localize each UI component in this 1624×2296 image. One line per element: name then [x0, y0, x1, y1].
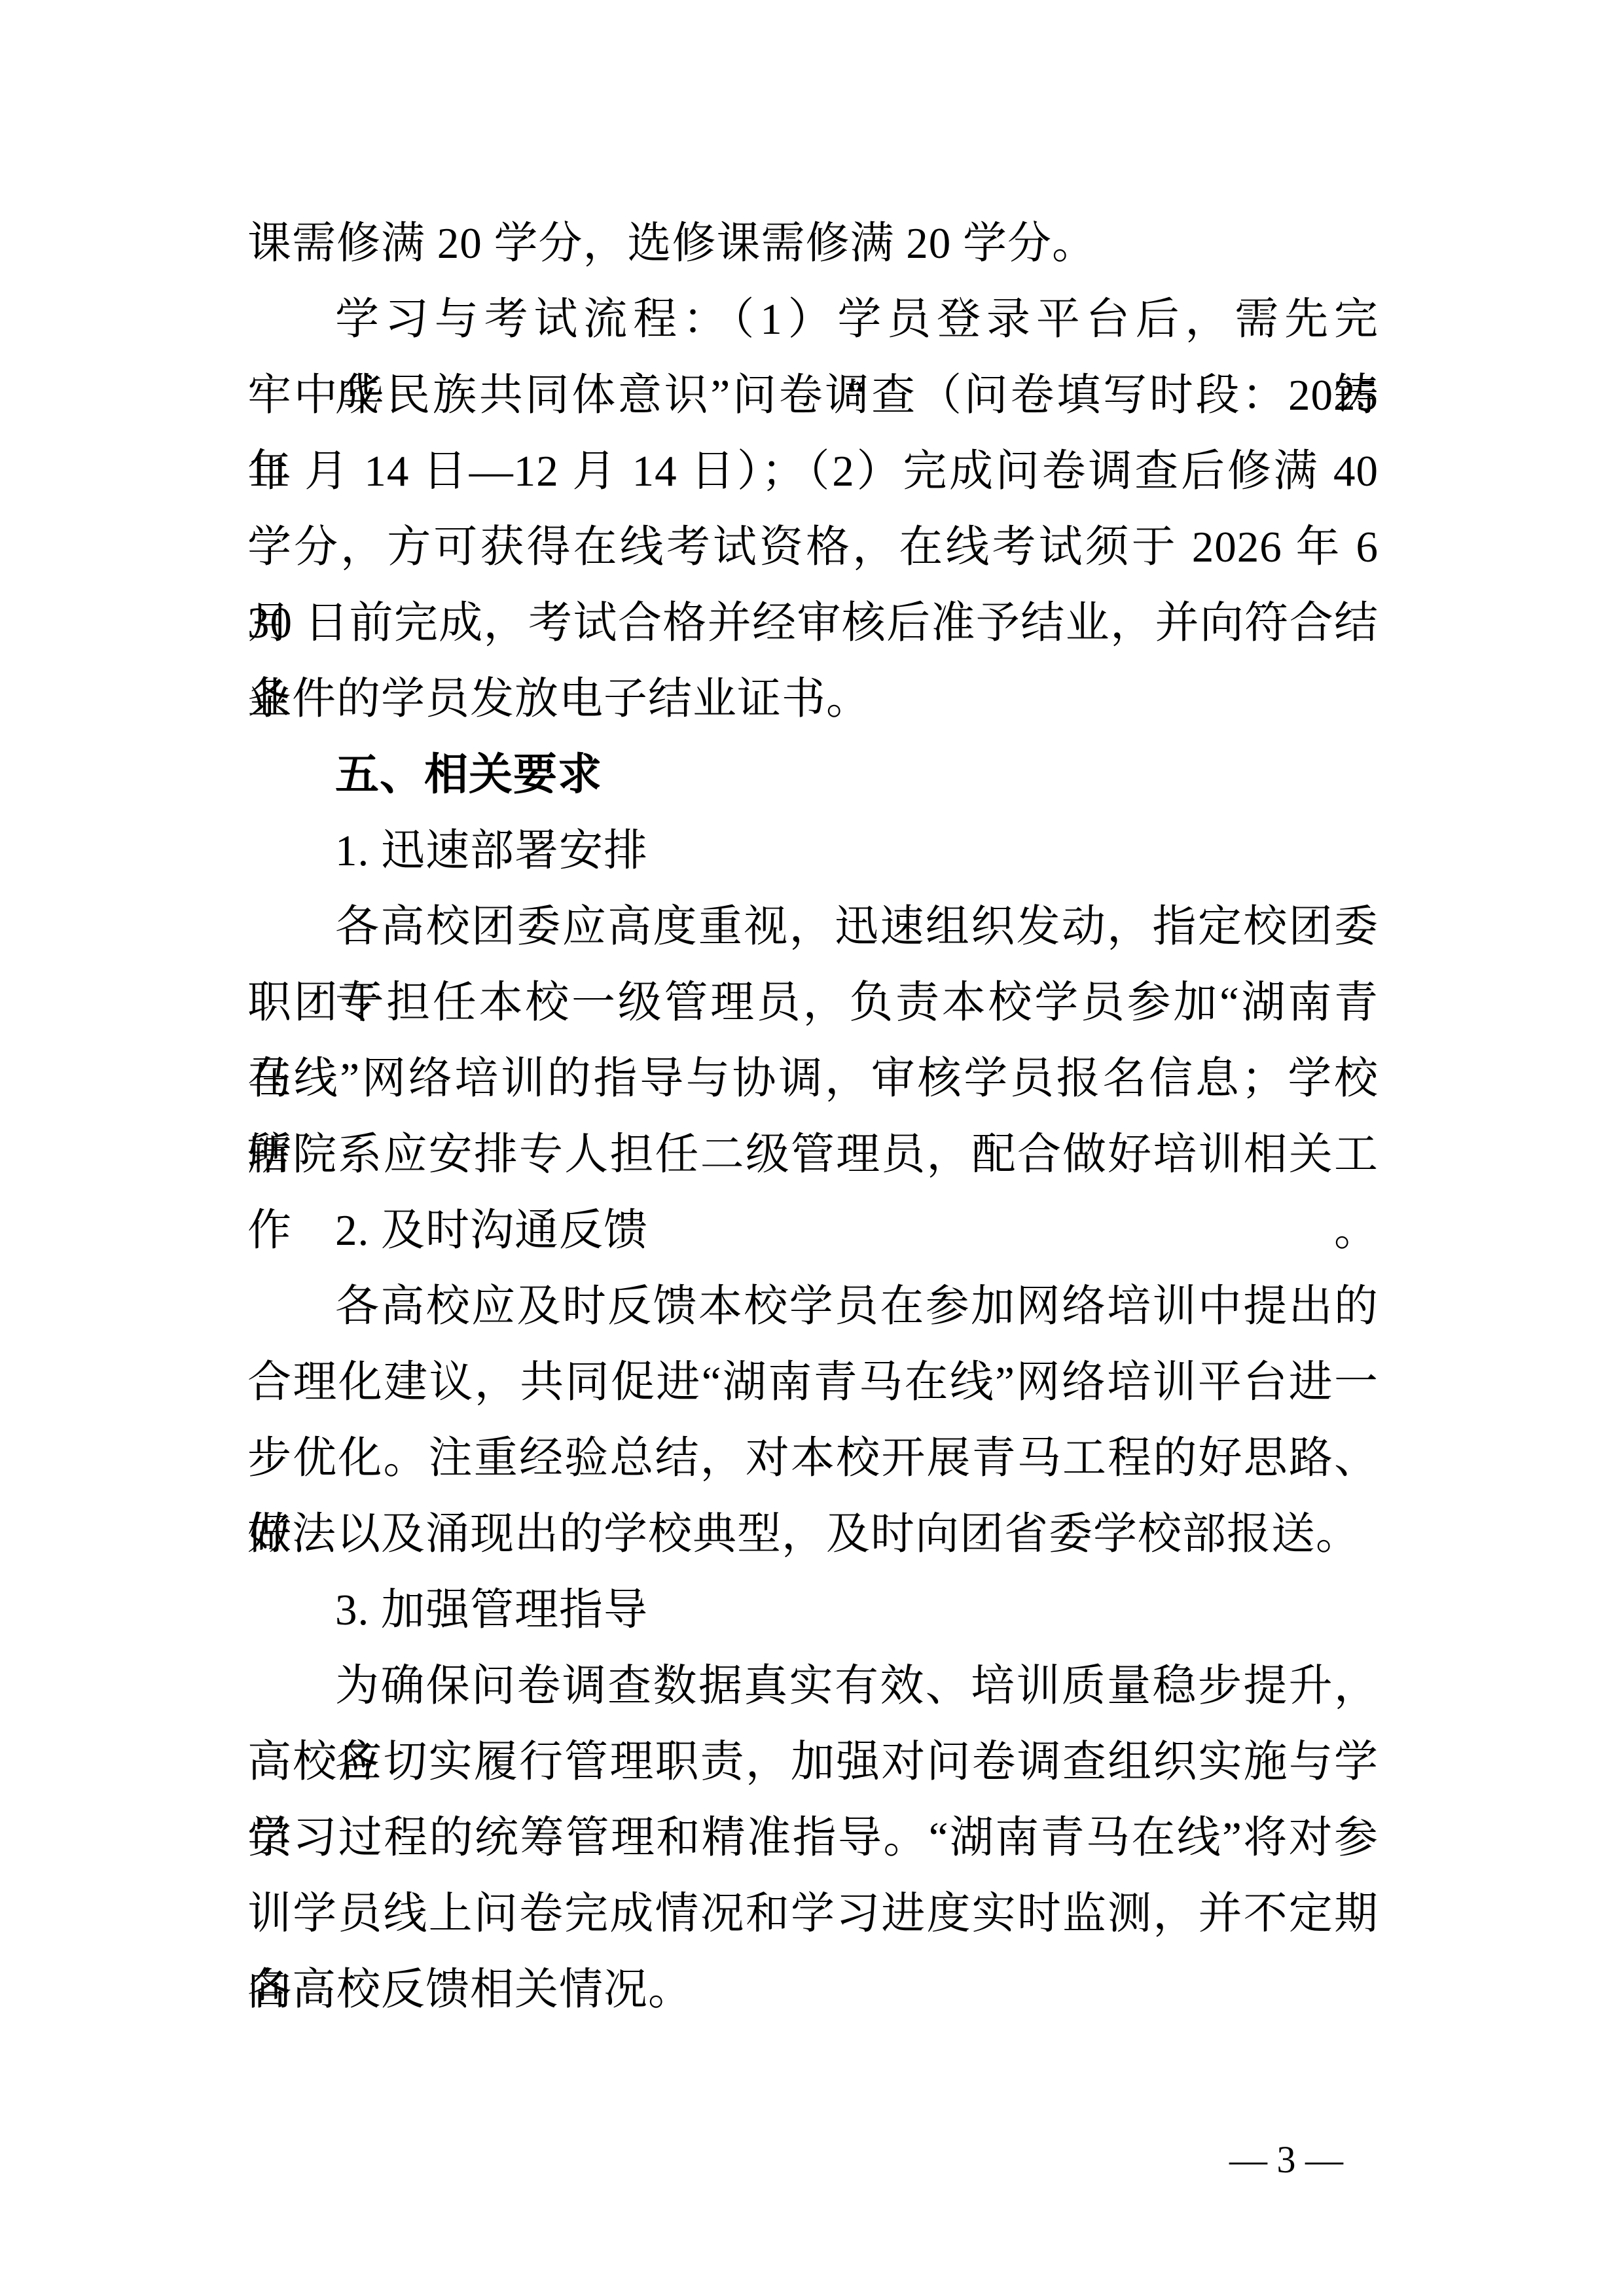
text-line: 学分，方可获得在线考试资格，在线考试须于 2026 年 6 月 [247, 509, 1379, 585]
section-heading: 五、相关要求 [247, 737, 1379, 813]
text-line: 职团干担任本校一级管理员，负责本校学员参加“湖南青马 [247, 965, 1379, 1041]
text-line: 30 日前完成，考试合格并经审核后准予结业，并向符合结业 [247, 585, 1379, 661]
document-body: 课需修满 20 学分，选修课需修满 20 学分。 学习与考试流程：（1）学员登录… [247, 206, 1379, 2028]
page-number: — 3 — [1162, 2122, 1411, 2198]
text-line: 11 月 14 日—12 月 14 日）；（2）完成问卷调查后修满 40 [247, 433, 1379, 509]
text-line: 做法以及涌现出的学校典型，及时向团省委学校部报送。 [247, 1496, 1379, 1572]
text-line: 各高校团委应高度重视，迅速组织发动，指定校团委专 [247, 889, 1379, 965]
text-line: 学习过程的统筹管理和精准指导。“湖南青马在线”将对参 [247, 1800, 1379, 1876]
text-line: 为确保问卷调查数据真实有效、培训质量稳步提升，各 [247, 1648, 1379, 1724]
text-line: 高校应切实履行管理职责，加强对问卷调查组织实施与学员 [247, 1724, 1379, 1800]
subsection-heading: 3. 加强管理指导 [247, 1572, 1379, 1648]
text-line: 各高校应及时反馈本校学员在参加网络培训中提出的 [247, 1268, 1379, 1344]
text-line: 步优化。注重经验总结，对本校开展青马工程的好思路、好 [247, 1420, 1379, 1496]
subsection-heading: 1. 迅速部署安排 [247, 813, 1379, 889]
document-page: 课需修满 20 学分，选修课需修满 20 学分。 学习与考试流程：（1）学员登录… [0, 0, 1624, 2296]
text-line: 牢中华民族共同体意识”问卷调查（问卷填写时段：2025 年 [247, 357, 1379, 433]
text-line: 学习与考试流程：（1）学员登录平台后，需先完成“铸 [247, 281, 1379, 357]
text-line: 在线”网络培训的指导与协调，审核学员报名信息；学校所 [247, 1041, 1379, 1117]
text-line: 训学员线上问卷完成情况和学习进度实时监测，并不定期向 [247, 1876, 1379, 1952]
text-line: 合理化建议，共同促进“湖南青马在线”网络培训平台进一 [247, 1344, 1379, 1420]
text-line: 辖院系应安排专人担任二级管理员，配合做好培训相关工作。 [247, 1117, 1379, 1193]
text-line: 条件的学员发放电子结业证书。 [247, 661, 1379, 737]
text-line: 各高校反馈相关情况。 [247, 1952, 1379, 2028]
text-line: 课需修满 20 学分，选修课需修满 20 学分。 [247, 206, 1379, 281]
